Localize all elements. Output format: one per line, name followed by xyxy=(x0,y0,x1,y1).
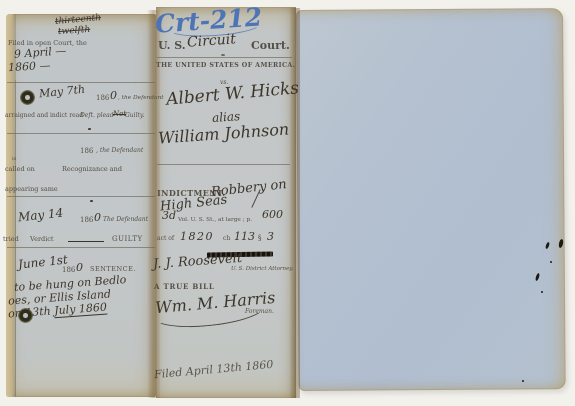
header-rule xyxy=(157,57,292,58)
recog-year-printed: 186 xyxy=(80,147,93,155)
volume-printed-label: Vol. U. S. St., at large ; p. xyxy=(178,217,252,223)
ink-speck xyxy=(522,380,524,382)
recog-is-label: is xyxy=(12,156,16,162)
true-bill-label: A TRUE BILL xyxy=(154,282,215,291)
verdict-year-printed: 186 xyxy=(80,216,93,224)
ink-dot xyxy=(88,128,91,130)
plead-guilty-label: Guilty. xyxy=(125,112,144,119)
deft-plead-label: Deft. plead xyxy=(80,112,114,119)
grommet-eyelet xyxy=(18,308,33,323)
section-divider xyxy=(7,247,155,248)
court-header-suffix: Court. xyxy=(251,39,290,52)
rule-ornament xyxy=(221,54,225,56)
section-divider xyxy=(157,164,290,165)
court-type-handwritten: Circuit xyxy=(187,31,237,50)
arraign-year-printed: 186 xyxy=(96,94,109,102)
act-year-handwritten: 1820 xyxy=(180,230,214,243)
section-divider xyxy=(7,133,155,134)
tried-label: tried xyxy=(3,235,19,243)
verdict-label: Verdict xyxy=(30,235,54,243)
verdict-defendant-label: The Defendant xyxy=(103,216,148,223)
volume-number-handwritten: 3d xyxy=(162,209,176,222)
recog-defendant-label: , the Defendant xyxy=(96,147,143,154)
arraign-defendant-label: , the Defendant xyxy=(118,95,164,101)
grommet-eyelet xyxy=(20,90,35,105)
arraign-year-digit: 0 xyxy=(110,89,117,102)
ink-speck xyxy=(550,261,552,263)
called-on-label: called on xyxy=(5,165,35,173)
ink-speck xyxy=(541,291,543,293)
page-number-handwritten: 600 xyxy=(262,208,283,221)
foreman-title: Foreman. xyxy=(245,308,274,315)
chapter-label: ch xyxy=(223,235,230,242)
attorney-title: U. S. District Attorney. xyxy=(231,266,293,272)
court-header-prefix: U. S. xyxy=(158,39,186,52)
hand-dash xyxy=(68,241,104,242)
sentence-label: SENTENCE. xyxy=(90,265,136,273)
section-symbol: § xyxy=(258,234,262,242)
filed-year-handwritten: 1860 — xyxy=(8,59,51,74)
appearing-same-label: appearing same xyxy=(5,185,58,193)
case-title: THE UNITED STATES OF AMERICA. xyxy=(156,62,295,69)
sentence-year-printed: 186 xyxy=(62,266,75,274)
sentence-year-digit: 0 xyxy=(76,261,83,274)
guilty-value: GUILTY xyxy=(112,235,143,243)
document-scan: thirteenth twelfth Filed in open Court, … xyxy=(0,0,575,406)
section-number-handwritten: 3 xyxy=(267,230,274,243)
act-of-label: act of xyxy=(157,235,174,242)
right-blank-page xyxy=(296,8,566,391)
verdict-year-digit: 0 xyxy=(94,211,101,224)
recognizance-label: Recognizance and xyxy=(62,165,122,173)
ink-dot xyxy=(90,200,93,202)
arraigned-indict-read-label: arraigned and indict read xyxy=(5,112,83,119)
section-divider xyxy=(7,196,155,197)
chapter-number-handwritten: 113 xyxy=(234,230,255,243)
